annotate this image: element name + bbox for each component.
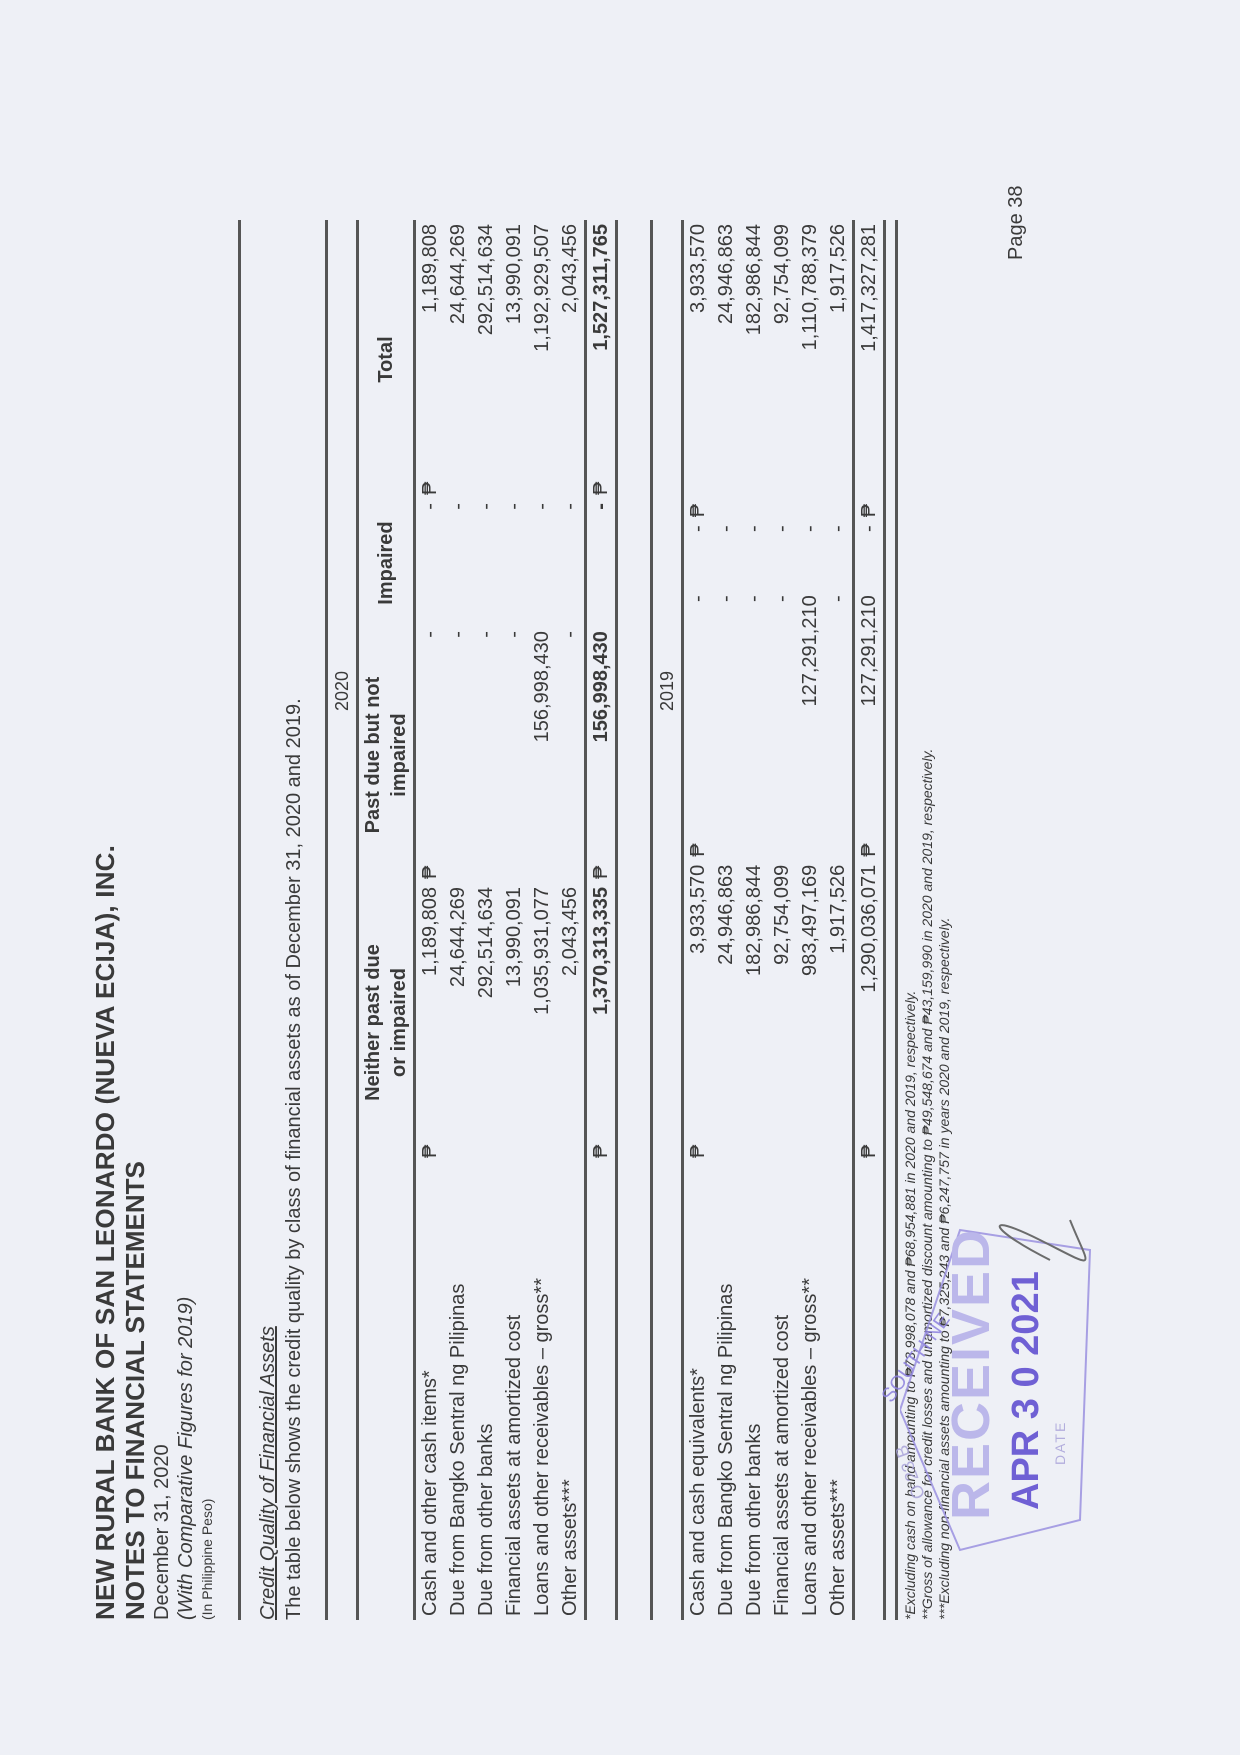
cell-currency: ₱	[415, 841, 445, 883]
cell-total: 1,189,808	[415, 220, 445, 457]
cell-label: Financial assets at amortized cost	[500, 1162, 528, 1620]
cell-total: 1,917,526	[824, 220, 854, 479]
col-impaired-header: Impaired	[358, 499, 415, 627]
cell-label: Cash and cash equivalents*	[683, 1162, 713, 1620]
comparative-note: (With Comparative Figures for 2019)	[174, 845, 198, 1620]
cell-currency	[740, 479, 768, 521]
table-row: Due from Bangko Sentral ng Pilipinas24,6…	[444, 220, 472, 1620]
cell-currency	[444, 457, 472, 499]
cell-currency	[528, 841, 556, 883]
cell-past-due: -	[683, 591, 713, 818]
cell-past-due: -	[500, 627, 528, 841]
cell-label: Due from other banks	[740, 1162, 768, 1620]
statement-date: December 31, 2020	[150, 845, 174, 1620]
cell-currency	[500, 585, 528, 627]
table-row: Financial assets at amortized cost13,990…	[500, 220, 528, 1620]
cell-currency	[472, 841, 500, 883]
cell-currency	[712, 549, 740, 591]
year-label: 2019	[652, 220, 683, 1162]
cell-past-due: -	[472, 627, 500, 841]
cell-currency	[444, 841, 472, 883]
cell-neither: 1,917,526	[824, 861, 854, 1120]
page-number: Page 38	[1005, 185, 1028, 260]
credit-quality-table-2020: 2020 Neither past dueor impaired Past du…	[325, 220, 618, 1620]
cell-currency	[556, 841, 586, 883]
year-header-row: 2020	[327, 220, 358, 1620]
column-header-row: Neither past dueor impaired Past due but…	[358, 220, 415, 1620]
cell-neither: 13,990,091	[500, 883, 528, 1120]
table-row: Cash and other cash items*₱1,189,808₱--₱…	[415, 220, 445, 1620]
cell-past-due: -	[556, 627, 586, 841]
cell-currency	[796, 479, 824, 521]
cell-impaired: -	[415, 499, 445, 585]
cell-currency	[824, 1120, 854, 1162]
stamp-date: APR 3 0 2021	[1005, 1271, 1048, 1510]
cell-currency	[444, 585, 472, 627]
cell-currency	[528, 585, 556, 627]
cell-total: 292,514,634	[472, 220, 500, 457]
cell-currency	[444, 1120, 472, 1162]
cell-impaired: -	[796, 521, 824, 549]
currency-unit: (In Philippine Peso)	[198, 845, 216, 1620]
cell-currency: ₱	[415, 1120, 445, 1162]
cell-currency: ₱	[683, 1120, 713, 1162]
cell-currency	[712, 479, 740, 521]
cell-currency	[796, 549, 824, 591]
cell-currency	[556, 1120, 586, 1162]
cell-currency	[472, 1120, 500, 1162]
cell-impaired: -	[444, 499, 472, 585]
table-row: Loans and other receivables – gross**983…	[796, 220, 824, 1620]
table-row: Due from Bangko Sentral ng Pilipinas24,9…	[712, 220, 740, 1620]
total-row-2019: ₱1,290,036,071 ₱127,291,210 - ₱1,417,327…	[854, 220, 885, 1620]
cell-neither: 1,189,808	[415, 883, 445, 1120]
cell-currency	[768, 549, 796, 591]
cell-neither: 24,946,863	[712, 861, 740, 1120]
cell-impaired: -	[500, 499, 528, 585]
cell-neither: 3,933,570	[683, 861, 713, 1120]
cell-label: Due from Bangko Sentral ng Pilipinas	[444, 1162, 472, 1620]
cell-currency	[740, 549, 768, 591]
cell-currency	[500, 1120, 528, 1162]
table-row: Cash and cash equivalents*₱3,933,570₱--₱…	[683, 220, 713, 1620]
cell-impaired: -	[768, 521, 796, 549]
cell-label: Other assets***	[824, 1162, 854, 1620]
cell-currency	[712, 819, 740, 861]
year-label: 2020	[327, 220, 358, 1162]
company-name: NEW RURAL BANK OF SAN LEONARDO (NUEVA EC…	[90, 845, 120, 1620]
cell-impaired: -	[528, 499, 556, 585]
cell-currency	[472, 457, 500, 499]
cell-past-due: -	[740, 591, 768, 818]
cell-currency	[740, 1120, 768, 1162]
document-subtitle: NOTES TO FINANCIAL STATEMENTS	[120, 845, 150, 1620]
cell-currency	[796, 819, 824, 861]
cell-currency	[472, 585, 500, 627]
cell-total: 1,192,929,507	[528, 220, 556, 457]
cell-currency	[796, 1120, 824, 1162]
credit-quality-table-2019: 2019 Cash and cash equivalents*₱3,933,57…	[650, 220, 886, 1620]
cell-currency	[740, 819, 768, 861]
cell-total: 92,754,099	[768, 220, 796, 479]
cell-past-due: 156,998,430	[528, 627, 556, 841]
cell-past-due: -	[415, 627, 445, 841]
header-divider	[238, 220, 241, 1620]
cell-currency	[824, 479, 854, 521]
cell-total: 3,933,570	[683, 220, 713, 479]
col-past-due-header: Past due but notimpaired	[358, 627, 415, 883]
table-row: Other assets***2,043,456--2,043,456	[556, 220, 586, 1620]
table-row: Loans and other receivables – gross**1,0…	[528, 220, 556, 1620]
document-header: NEW RURAL BANK OF SAN LEONARDO (NUEVA EC…	[90, 845, 216, 1620]
received-stamp: O 23 B SOUTH NE RECEIVED APR 3 0 2021 DA…	[900, 1200, 1090, 1560]
cell-impaired: -	[683, 521, 713, 549]
cell-label: Due from other banks	[472, 1162, 500, 1620]
cell-currency: ₱	[683, 819, 713, 861]
cell-total: 13,990,091	[500, 220, 528, 457]
cell-currency	[768, 819, 796, 861]
cell-currency: ₱	[683, 479, 713, 521]
col-neither-header: Neither past dueor impaired	[358, 883, 415, 1162]
cell-label: Loans and other receivables – gross**	[796, 1162, 824, 1620]
section-description: The table below shows the credit quality…	[281, 698, 307, 1620]
cell-past-due: -	[712, 591, 740, 818]
cell-neither: 2,043,456	[556, 883, 586, 1120]
cell-currency	[824, 549, 854, 591]
section-intro: Credit Quality of Financial Assets The t…	[255, 698, 307, 1620]
cell-past-due: -	[824, 591, 854, 818]
cell-currency	[500, 457, 528, 499]
cell-past-due: -	[768, 591, 796, 818]
cell-impaired: -	[556, 499, 586, 585]
stamp-received-text: RECEIVED	[940, 1228, 1002, 1520]
cell-impaired: -	[740, 521, 768, 549]
cell-neither: 292,514,634	[472, 883, 500, 1120]
cell-currency	[768, 1120, 796, 1162]
cell-label: Other assets***	[556, 1162, 586, 1620]
section-title: Credit Quality of Financial Assets	[255, 698, 281, 1620]
cell-currency	[768, 479, 796, 521]
cell-currency: ₱	[415, 457, 445, 499]
rotated-page-content: NEW RURAL BANK OF SAN LEONARDO (NUEVA EC…	[60, 140, 1060, 1700]
cell-total: 1,110,788,379	[796, 220, 824, 479]
cell-impaired: -	[824, 521, 854, 549]
cell-impaired: -	[712, 521, 740, 549]
table-row: Financial assets at amortized cost92,754…	[768, 220, 796, 1620]
cell-impaired: -	[472, 499, 500, 585]
cell-currency	[683, 549, 713, 591]
table-row: Other assets***1,917,526--1,917,526	[824, 220, 854, 1620]
cell-neither: 182,986,844	[740, 861, 768, 1120]
cell-currency	[500, 841, 528, 883]
cell-currency	[528, 1120, 556, 1162]
cell-total: 2,043,456	[556, 220, 586, 457]
cell-currency	[556, 457, 586, 499]
col-total-header: Total	[358, 220, 415, 499]
cell-label: Financial assets at amortized cost	[768, 1162, 796, 1620]
cell-neither: 92,754,099	[768, 861, 796, 1120]
cell-currency	[528, 457, 556, 499]
year-header-row: 2019	[652, 220, 683, 1620]
cell-total: 24,644,269	[444, 220, 472, 457]
table-row: Due from other banks182,986,844--182,986…	[740, 220, 768, 1620]
cell-total: 182,986,844	[740, 220, 768, 479]
cell-label: Cash and other cash items*	[415, 1162, 445, 1620]
cell-neither: 24,644,269	[444, 883, 472, 1120]
cell-neither: 1,035,931,077	[528, 883, 556, 1120]
table-row: Due from other banks292,514,634--292,514…	[472, 220, 500, 1620]
cell-neither: 983,497,169	[796, 861, 824, 1120]
cell-label: Due from Bangko Sentral ng Pilipinas	[712, 1162, 740, 1620]
cell-total: 24,946,863	[712, 220, 740, 479]
cell-currency	[415, 585, 445, 627]
total-row-2020: ₱1,370,313,335 ₱156,998,430 - ₱1,527,311…	[586, 220, 617, 1620]
cell-currency	[712, 1120, 740, 1162]
cell-currency	[556, 585, 586, 627]
cell-past-due: 127,291,210	[796, 591, 824, 818]
cell-currency	[824, 819, 854, 861]
cell-past-due: -	[444, 627, 472, 841]
cell-label: Loans and other receivables – gross**	[528, 1162, 556, 1620]
